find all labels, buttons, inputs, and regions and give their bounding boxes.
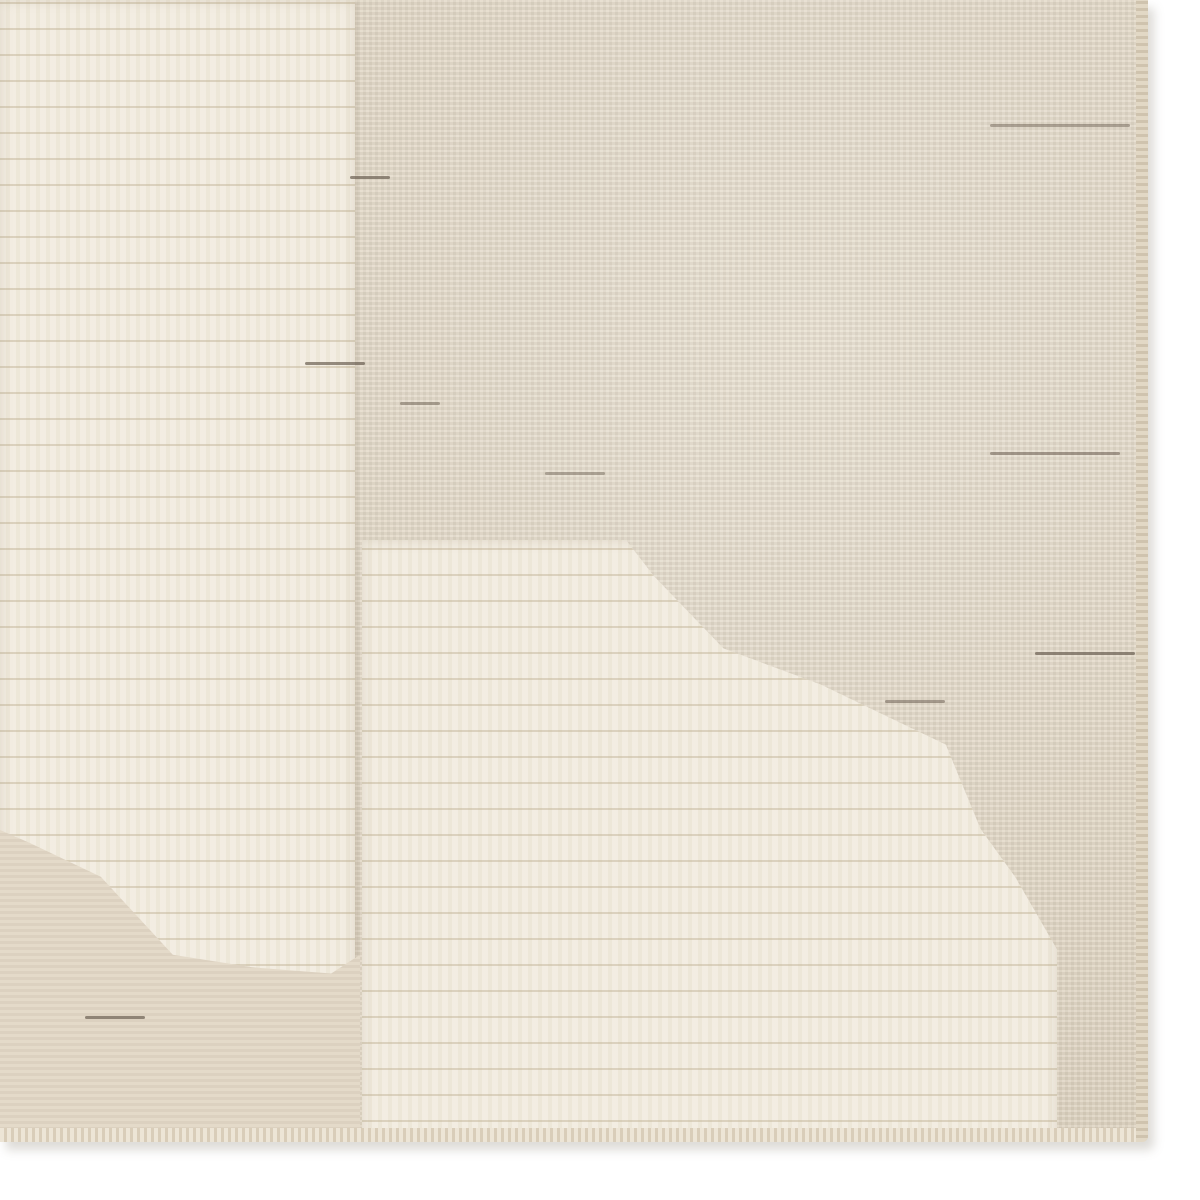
rug-corner	[0, 0, 1148, 1142]
fleck	[1035, 652, 1135, 655]
fleck	[885, 700, 945, 703]
fleck	[350, 176, 390, 179]
rug-bottom-edge	[0, 1128, 1148, 1142]
fleck	[85, 1016, 145, 1019]
fleck	[545, 472, 605, 475]
fleck	[400, 402, 440, 405]
rug-product-photo	[0, 0, 1200, 1200]
rug-right-edge	[1136, 0, 1148, 1142]
fleck	[305, 362, 365, 365]
fleck	[990, 452, 1120, 455]
fleck	[990, 124, 1130, 127]
